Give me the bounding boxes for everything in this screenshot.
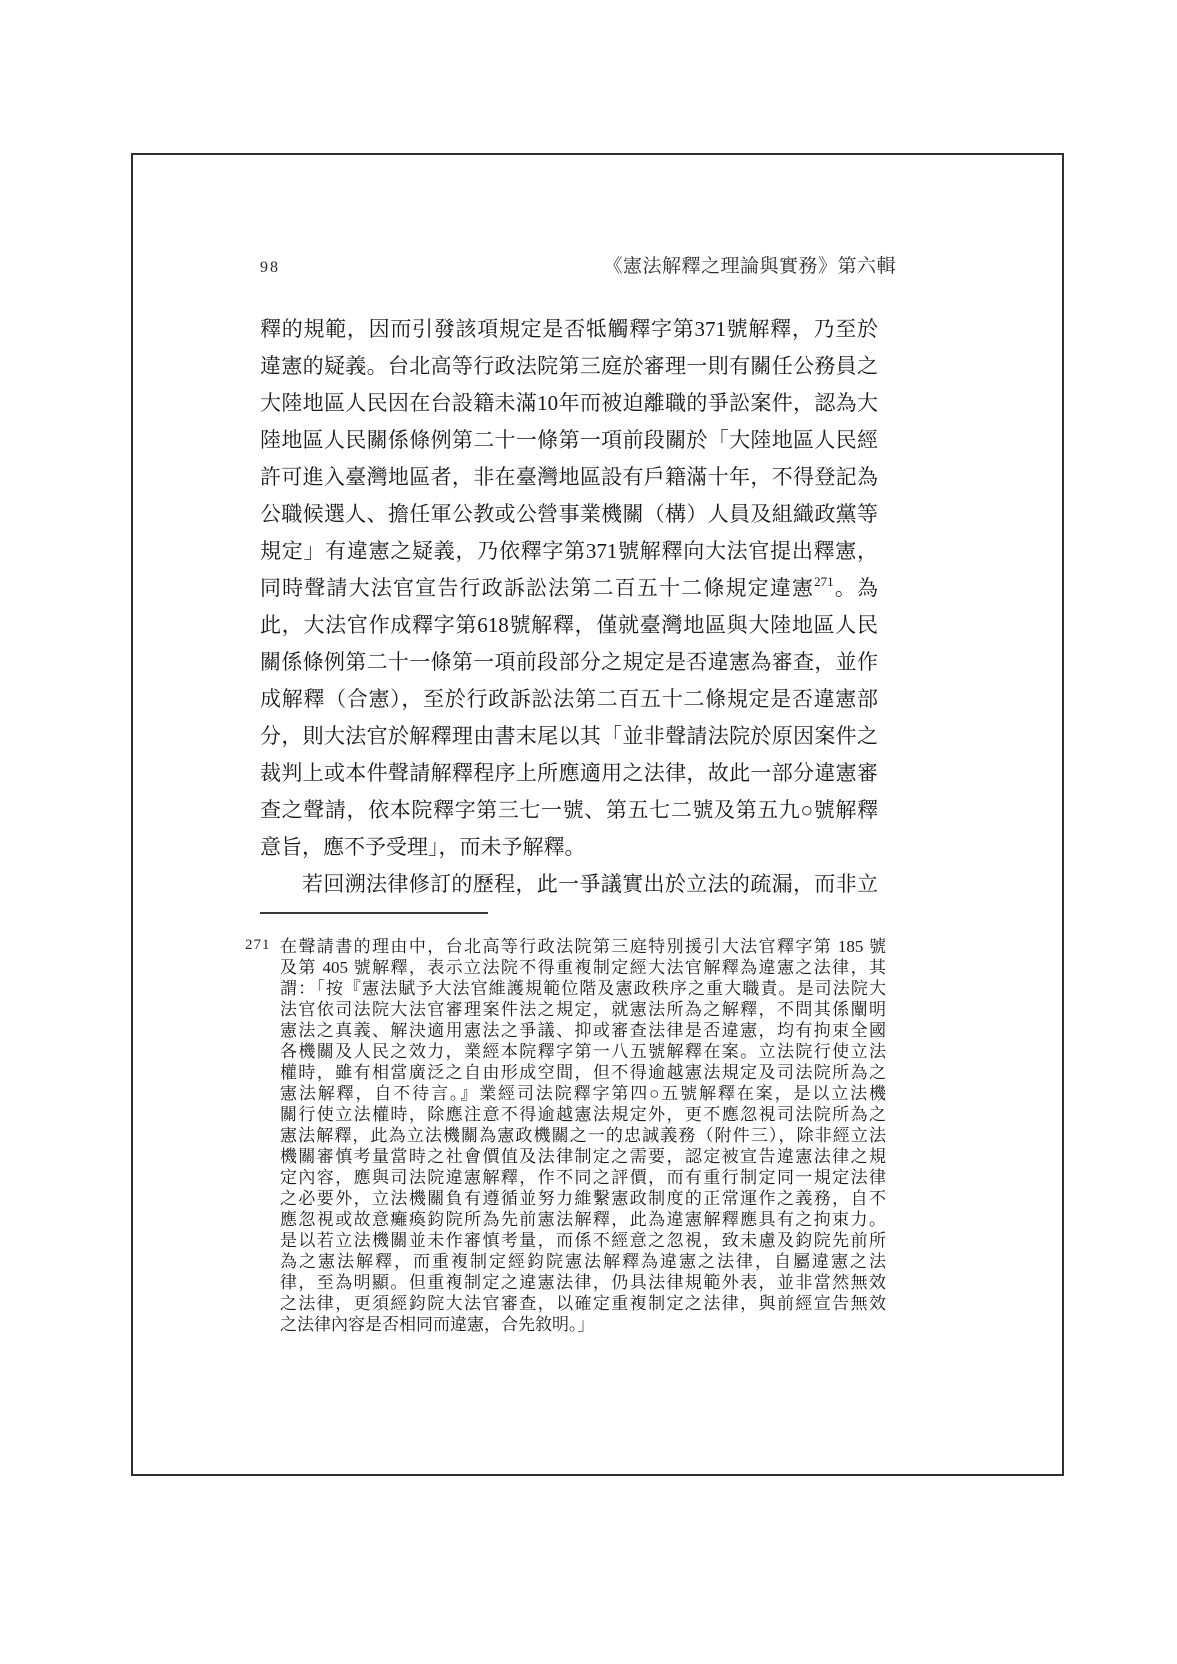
footnote-line: 法官依司法院大法官審理案件法之規定，就憲法所為之解釋，不問其係闡明 <box>280 999 886 1020</box>
footnote-line: 各機關及人民之效力，業經本院釋字第一八五號解釋在案。立法院行使立法 <box>280 1041 886 1062</box>
book-title: 《憲法解釋之理論與實務》第六輯 <box>603 251 896 278</box>
body-line: 大陸地區人民因在台設籍未滿10年而被迫離職的爭訟案件，認為大 <box>260 385 878 422</box>
body-line-with-footnote-ref: 同時聲請大法官宣告行政訴訟法第二百五十二條規定違憲271。為 <box>260 570 878 607</box>
body-line: 違憲的疑義。台北高等行政法院第三庭於審理一則有關任公務員之 <box>260 348 878 385</box>
page-number: 98 <box>260 259 280 277</box>
footnote-line: 關行使立法權時，除應注意不得逾越憲法規定外，更不應忽視司法院所為之 <box>280 1104 886 1125</box>
body-line: 意旨，應不予受理」，而未予解釋。 <box>260 829 878 866</box>
footnote-line: 在聲請書的理由中，台北高等行政法院第三庭特別援引大法官釋字第 185 號 <box>280 936 886 957</box>
footnote-line: 憲法解釋，此為立法機關為憲政機關之一的忠誠義務（附件三），除非經立法 <box>280 1125 886 1146</box>
footnote-line: 之法律內容是否相同而違憲，合先敘明。」 <box>280 1314 886 1335</box>
footnote-line: 應忽視或故意癱瘓鈞院所為先前憲法解釋，此為違憲解釋應具有之拘束力。 <box>280 1209 886 1230</box>
body-line-paragraph-start: 若回溯法律修訂的歷程，此一爭議實出於立法的疏漏，而非立 <box>260 866 878 903</box>
body-line: 公職候選人、擔任軍公教或公營事業機關（構）人員及組織政黨等 <box>260 496 878 533</box>
page-header: 98 《憲法解釋之理論與實務》第六輯 <box>260 251 896 278</box>
footnote-line: 之必要外，立法機關負有遵循並努力維繫憲政制度的正常運作之義務，自不 <box>280 1188 886 1209</box>
body-line: 成解釋（合憲），至於行政訴訟法第二百五十二條規定是否違憲部 <box>260 681 878 718</box>
footnote-number: 271 <box>245 937 271 954</box>
body-line: 規定」有違憲之疑義，乃依釋字第371號解釋向大法官提出釋憲， <box>260 533 878 570</box>
footnote: 在聲請書的理由中，台北高等行政法院第三庭特別援引大法官釋字第 185 號 及第 … <box>280 936 886 1335</box>
body-line-text: 同時聲請大法官宣告行政訴訟法第二百五十二條規定違憲 <box>260 576 814 600</box>
footnote-line: 及第 405 號解釋，表示立法院不得重複制定經大法官解釋為違憲之法律，其 <box>280 957 886 978</box>
body-line: 釋的規範，因而引發該項規定是否牴觸釋字第371號解釋，乃至於 <box>260 311 878 348</box>
body-line: 查之聲請，依本院釋字第三七一號、第五七二號及第五九○號解釋 <box>260 792 878 829</box>
footnote-line: 是以若立法機關並未作審慎考量，而係不經意之忽視，致未慮及鈞院先前所 <box>280 1230 886 1251</box>
footnote-line: 權時，雖有相當廣泛之自由形成空間，但不得逾越憲法規定及司法院所為之 <box>280 1062 886 1083</box>
footnote-line: 為之憲法解釋，而重複制定經鈞院憲法解釋為違憲之法律，自屬違憲之法 <box>280 1251 886 1272</box>
body-line: 許可進入臺灣地區者，非在臺灣地區設有戶籍滿十年，不得登記為 <box>260 459 878 496</box>
footnote-line: 定內容，應與司法院違憲解釋，作不同之評價，而有重行制定同一規定法律 <box>280 1167 886 1188</box>
footnote-separator <box>260 912 488 914</box>
body-line: 裁判上或本件聲請解釋程序上所應適用之法律，故此一部分違憲審 <box>260 755 878 792</box>
body-line: 此，大法官作成釋字第618號解釋，僅就臺灣地區與大陸地區人民 <box>260 607 878 644</box>
footnote-line: 之法律，更須經鈞院大法官審查，以確定重複制定之法律，與前經宣告無效 <box>280 1293 886 1314</box>
body-line: 陸地區人民關係條例第二十一條第一項前段關於「大陸地區人民經 <box>260 422 878 459</box>
footnote-line: 機關審慎考量當時之社會價值及法律制定之需要，認定被宣告違憲法律之規 <box>280 1146 886 1167</box>
footnote-line: 謂：「按『憲法賦予大法官維護規範位階及憲政秩序之重大職責。是司法院大 <box>280 978 886 999</box>
page-frame: 98 《憲法解釋之理論與實務》第六輯 釋的規範，因而引發該項規定是否牴觸釋字第3… <box>131 153 1064 1476</box>
footnote-line: 律，至為明顯。但重複制定之違憲法律，仍具法律規範外表，並非當然無效 <box>280 1272 886 1293</box>
body-line: 關係條例第二十一條第一項前段部分之規定是否違憲為審查，並作 <box>260 644 878 681</box>
body-line: 分，則大法官於解釋理由書末尾以其「並非聲請法院於原因案件之 <box>260 718 878 755</box>
body-line-text: 。為 <box>834 576 878 600</box>
footnote-reference: 271 <box>814 574 834 589</box>
scanned-book-page: 98 《憲法解釋之理論與實務》第六輯 釋的規範，因而引發該項規定是否牴觸釋字第3… <box>0 0 1177 1664</box>
footnote-line: 憲法解釋，自不待言。』業經司法院釋字第四○五號解釋在案，是以立法機 <box>280 1083 886 1104</box>
footnote-line: 憲法之真義、解決適用憲法之爭議、抑或審查法律是否違憲，均有拘束全國 <box>280 1020 886 1041</box>
body-paragraph: 釋的規範，因而引發該項規定是否牴觸釋字第371號解釋，乃至於 違憲的疑義。台北高… <box>260 311 878 903</box>
